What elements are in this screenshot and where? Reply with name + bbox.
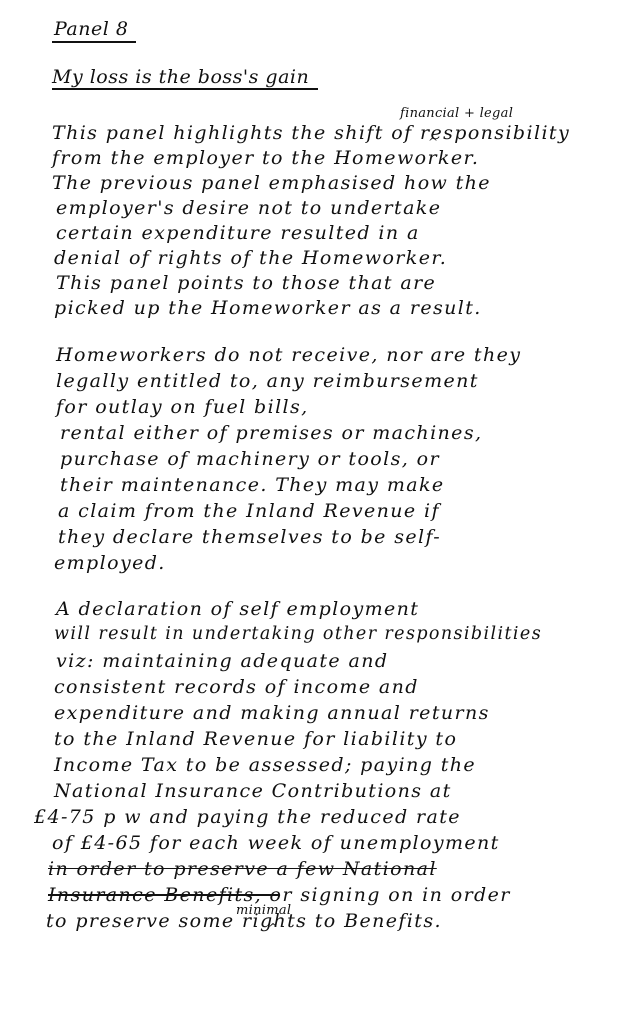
paragraph-3-line: A declaration of self employment xyxy=(56,600,419,619)
panel-label: Panel 8 xyxy=(54,18,128,40)
paragraph-3-line: to preserve some rights to Benefits. xyxy=(46,912,442,931)
document-title: My loss is the boss's gain xyxy=(52,66,309,88)
insertion-financial-legal: financial + legal xyxy=(400,106,513,121)
paragraph-2-line: a claim from the Inland Revenue if xyxy=(58,502,440,521)
paragraph-3-line: £4-75 p w and paying the reduced rate xyxy=(34,808,461,827)
paragraph-1-line: certain expenditure resulted in a xyxy=(56,224,420,243)
paragraph-3-struck-line: in order to preserve a few National xyxy=(48,860,437,879)
paragraph-1-line: from the employer to the Homeworker. xyxy=(52,149,479,168)
paragraph-2-line: purchase of machinery or tools, or xyxy=(60,450,440,469)
paragraph-3-line: National Insurance Contributions at xyxy=(54,782,452,801)
paragraph-3-line: of £4-65 for each week of unemployment xyxy=(52,834,500,853)
paragraph-1-line: This panel points to those that are xyxy=(56,274,436,293)
paragraph-2-line: they declare themselves to be self- xyxy=(58,528,441,547)
paragraph-2-line: legally entitled to, any reimbursement xyxy=(56,372,479,391)
paragraph-3-line: consistent records of income and xyxy=(54,678,419,697)
paragraph-2-line: employed. xyxy=(54,554,166,573)
paragraph-2-line: rental either of premises or machines, xyxy=(60,424,482,443)
paragraph-2-line: their maintenance. They may make xyxy=(60,476,445,495)
paragraph-1-line: employer's desire not to undertake xyxy=(56,199,441,218)
strikeout-insurance-benefits xyxy=(48,894,280,896)
paragraph-1-line: picked up the Homeworker as a result. xyxy=(54,299,482,318)
paragraph-3-line: expenditure and making annual returns xyxy=(54,704,490,723)
paragraph-1-line: The previous panel emphasised how the xyxy=(52,174,491,193)
paragraph-3-line: viz: maintaining adequate and xyxy=(56,652,388,671)
paragraph-1-line: denial of rights of the Homeworker. xyxy=(54,249,447,268)
paragraph-2-line: Homeworkers do not receive, nor are they xyxy=(56,346,521,365)
paragraph-1-line: This panel highlights the shift of respo… xyxy=(52,124,570,143)
paragraph-3-line: Income Tax to be assessed; paying the xyxy=(54,756,476,775)
paragraph-3-line: to the Inland Revenue for liability to xyxy=(54,730,457,749)
document-title-underline xyxy=(52,88,318,90)
paragraph-2-line: for outlay on fuel bills, xyxy=(56,398,309,417)
panel-label-underline xyxy=(52,41,136,43)
paragraph-3-line: will result in undertaking other respons… xyxy=(54,626,542,644)
